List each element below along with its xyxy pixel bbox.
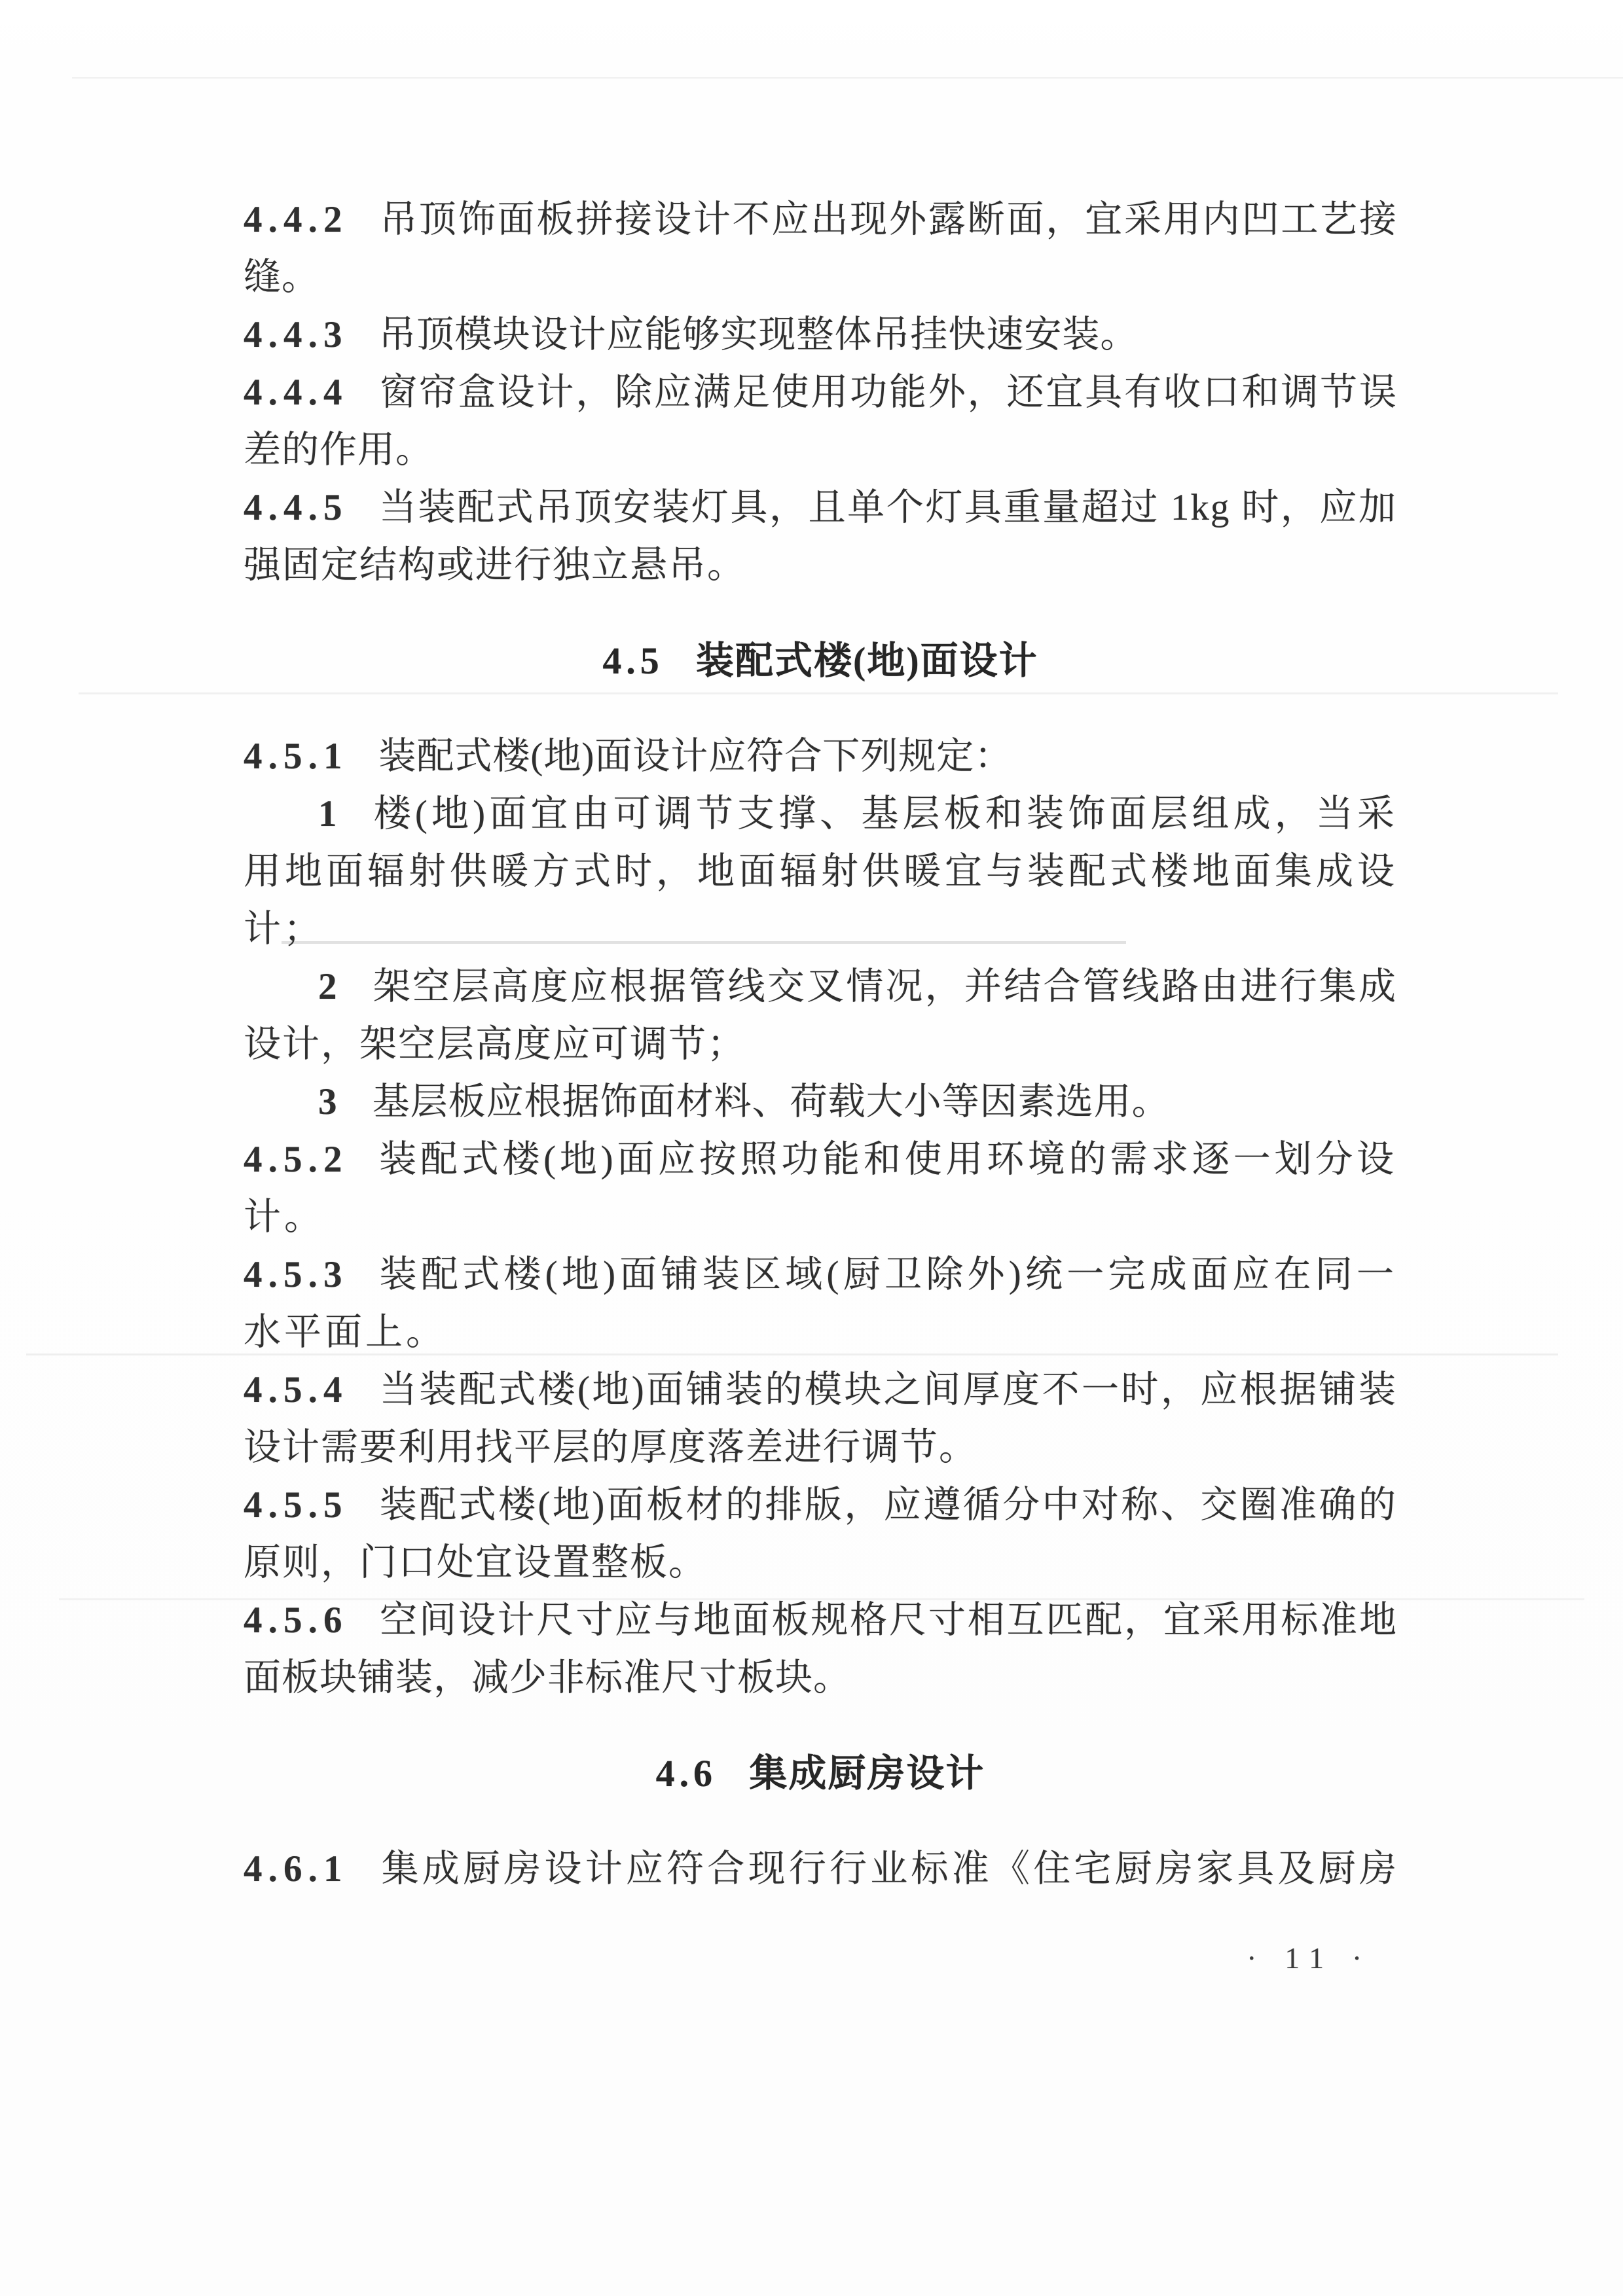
clause-text: 当装配式吊顶安装灯具，且单个灯具重量超过 1kg 时，应加强固定结构或进行独立悬…: [244, 487, 1397, 586]
clause-4-5-4: 4.5.4当装配式楼(地)面铺装的模块之间厚度不一时，应根据铺装设计需要利用找平…: [244, 1361, 1397, 1477]
page-content: 4.4.2吊顶饰面板拼接设计不应出现外露断面，宜采用内凹工艺接缝。 4.4.3吊…: [244, 191, 1397, 1898]
clause-number: 4.4.5: [244, 487, 348, 528]
section-title: 装配式楼(地)面设计: [696, 639, 1038, 682]
document-page: 4.4.2吊顶饰面板拼接设计不应出现外露断面，宜采用内凹工艺接缝。 4.4.3吊…: [0, 0, 1623, 2296]
sub-item-number: 1: [318, 793, 337, 834]
clause-text: 装配式楼(地)面设计应符合下列规定：: [378, 736, 1012, 777]
page-number: · 11 ·: [1198, 1939, 1421, 1978]
clause-4-4-2: 4.4.2吊顶饰面板拼接设计不应出现外露断面，宜采用内凹工艺接缝。: [244, 191, 1397, 306]
clause-number: 4.5.3: [244, 1254, 348, 1295]
sub-item-3: 3基层板应根据饰面材料、荷载大小等因素选用。: [244, 1073, 1397, 1131]
section-heading-4-6: 4.6集成厨房设计: [244, 1745, 1397, 1803]
clause-text: 空间设计尺寸应与地面板规格尺寸相互匹配，宜采用标准地面板块铺装，减少非标准尺寸板…: [244, 1600, 1397, 1698]
sub-item-2: 2架空层高度应根据管线交叉情况，并结合管线路由进行集成设计，架空层高度应可调节；: [244, 958, 1397, 1073]
clause-text: 吊顶饰面板拼接设计不应出现外露断面，宜采用内凹工艺接缝。: [244, 199, 1397, 298]
clause-text: 装配式楼(地)面铺装区域(厨卫除外)统一完成面应在同一水平面上。: [244, 1254, 1397, 1353]
clause-4-6-1: 4.6.1集成厨房设计应符合现行行业标准《住宅厨房家具及厨房: [244, 1840, 1397, 1898]
sub-item-number: 2: [318, 966, 337, 1007]
sub-item-text: 基层板应根据饰面材料、荷载大小等因素选用。: [373, 1081, 1170, 1122]
clause-4-5-3: 4.5.3装配式楼(地)面铺装区域(厨卫除外)统一完成面应在同一水平面上。: [244, 1246, 1397, 1361]
section-number: 4.6: [656, 1752, 717, 1795]
clause-text: 窗帘盒设计，除应满足使用功能外，还宜具有收口和调节误差的作用。: [244, 372, 1397, 471]
clause-number: 4.4.4: [244, 372, 348, 413]
clause-4-5-1: 4.5.1装配式楼(地)面设计应符合下列规定：: [244, 728, 1397, 785]
clause-4-5-2: 4.5.2装配式楼(地)面应按照功能和使用环境的需求逐一划分设计。: [244, 1131, 1397, 1246]
clause-number: 4.5.2: [244, 1139, 348, 1180]
clause-text: 装配式楼(地)面板材的排版，应遵循分中对称、交圈准确的原则，门口处宜设置整板。: [244, 1484, 1397, 1583]
sub-item-text: 楼(地)面宜由可调节支撑、基层板和装饰面层组成，当采用地面辐射供暖方式时，地面辐…: [244, 793, 1397, 950]
clause-4-4-4: 4.4.4窗帘盒设计，除应满足使用功能外，还宜具有收口和调节误差的作用。: [244, 364, 1397, 479]
sub-item-text: 架空层高度应根据管线交叉情况，并结合管线路由进行集成设计，架空层高度应可调节；: [244, 966, 1397, 1065]
clause-text: 集成厨房设计应符合现行行业标准《住宅厨房家具及厨房: [378, 1848, 1397, 1890]
clause-text: 装配式楼(地)面应按照功能和使用环境的需求逐一划分设计。: [244, 1139, 1397, 1238]
clause-4-4-5: 4.4.5当装配式吊顶安装灯具，且单个灯具重量超过 1kg 时，应加强固定结构或…: [244, 479, 1397, 594]
clause-number: 4.5.5: [244, 1484, 348, 1526]
section-number: 4.5: [602, 639, 663, 682]
clause-4-5-5: 4.5.5装配式楼(地)面板材的排版，应遵循分中对称、交圈准确的原则，门口处宜设…: [244, 1477, 1397, 1592]
clause-4-5-6: 4.5.6空间设计尺寸应与地面板规格尺寸相互匹配，宜采用标准地面板块铺装，减少非…: [244, 1592, 1397, 1707]
clause-number: 4.5.6: [244, 1600, 348, 1641]
scan-artifact-line: [72, 77, 1623, 79]
sub-item-1: 1楼(地)面宜由可调节支撑、基层板和装饰面层组成，当采用地面辐射供暖方式时，地面…: [244, 785, 1397, 958]
sub-item-number: 3: [318, 1081, 337, 1122]
clause-text: 当装配式楼(地)面铺装的模块之间厚度不一时，应根据铺装设计需要利用找平层的厚度落…: [244, 1369, 1397, 1468]
clause-number: 4.5.1: [244, 736, 348, 777]
clause-number: 4.4.3: [244, 314, 348, 355]
clause-number: 4.4.2: [244, 199, 348, 240]
clause-text: 吊顶模块设计应能够实现整体吊挂快速安装。: [378, 314, 1138, 355]
section-heading-4-5: 4.5装配式楼(地)面设计: [244, 632, 1397, 690]
clause-4-4-3: 4.4.3吊顶模块设计应能够实现整体吊挂快速安装。: [244, 306, 1397, 364]
clause-number: 4.5.4: [244, 1369, 348, 1410]
section-title: 集成厨房设计: [749, 1752, 985, 1795]
clause-number: 4.6.1: [244, 1848, 348, 1890]
